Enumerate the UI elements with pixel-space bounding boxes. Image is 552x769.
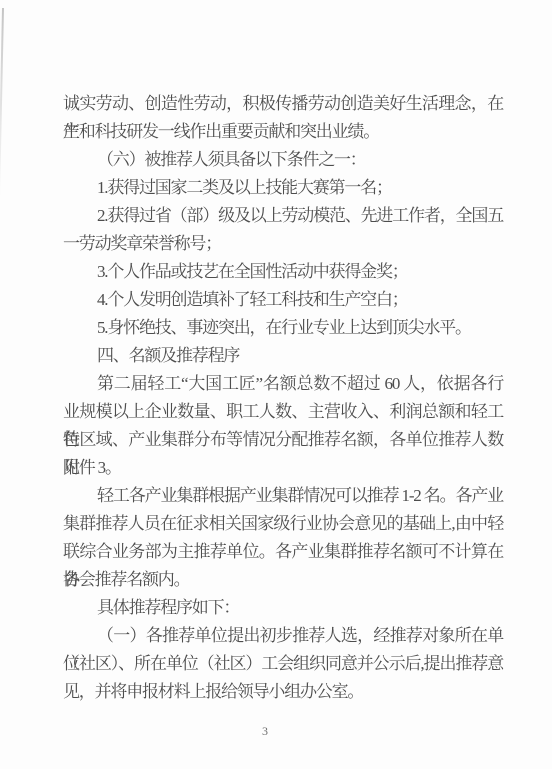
text-line: 诚实劳动、创造性劳动，积极传播劳动创造美好生活理念，在生 xyxy=(63,90,503,118)
text-line: 1.获得过国家二类及以上技能大赛第一名； xyxy=(63,174,503,202)
text-line: 轻工各产业集群根据产业集群情况可以推荐 1-2 名。各产业 xyxy=(63,482,503,510)
page-footer: 3 xyxy=(0,722,552,740)
scan-edge-artifact xyxy=(0,8,4,208)
text-line: 色区域、产业集群分布等情况分配推荐名额，各单位推荐人数见 xyxy=(63,426,503,454)
text-line: 集群推荐人员在征求相关国家级行业协会意见的基础上,由中轻 xyxy=(63,510,503,538)
text-line: 5.身怀绝技、事迹突出，在行业专业上达到顶尖水平。 xyxy=(63,314,503,342)
text-line: 一劳动奖章荣誉称号； xyxy=(63,230,503,258)
text-line: 产和科技研发一线作出重要贡献和突出业绩。 xyxy=(63,118,503,146)
section-heading-line: 四、名额及推荐程序 xyxy=(63,342,503,370)
text-line: 第二届轻工“大国工匠”名额总数不超过 60 人，依据各行 xyxy=(63,370,503,398)
text-line: 3.个人作品或技艺在全国性活动中获得金奖； xyxy=(63,258,503,286)
text-line: 附件 3。 xyxy=(63,454,503,482)
text-line: 见，并将申报材料上报给领导小组办公室。 xyxy=(63,678,503,706)
text-line: （一）各推荐单位提出初步推荐人选，经推荐对象所在单位 xyxy=(63,622,503,650)
text-line: 4.个人发明创造填补了轻工科技和生产空白； xyxy=(63,286,503,314)
page-number: 3 xyxy=(262,724,268,739)
text-line: 协会推荐名额内。 xyxy=(63,566,503,594)
text-line: 业规模以上企业数量、职工人数、主营收入、利润总额和轻工特 xyxy=(63,398,503,426)
text-line: （社区）、所在单位（社区）工会组织同意并公示后,提出推荐意 xyxy=(63,650,503,678)
text-line: （六）被推荐人须具备以下条件之一： xyxy=(63,146,503,174)
text-line: 2.获得过省（部）级及以上劳动模范、先进工作者，全国五 xyxy=(63,202,503,230)
text-line: 具体推荐程序如下： xyxy=(63,594,503,622)
text-line: 联综合业务部为主推荐单位。各产业集群推荐名额可不计算在各 xyxy=(63,538,503,566)
document-content: 诚实劳动、创造性劳动，积极传播劳动创造美好生活理念，在生产和科技研发一线作出重要… xyxy=(63,90,503,706)
document-page: 诚实劳动、创造性劳动，积极传播劳动创造美好生活理念，在生产和科技研发一线作出重要… xyxy=(0,0,552,769)
